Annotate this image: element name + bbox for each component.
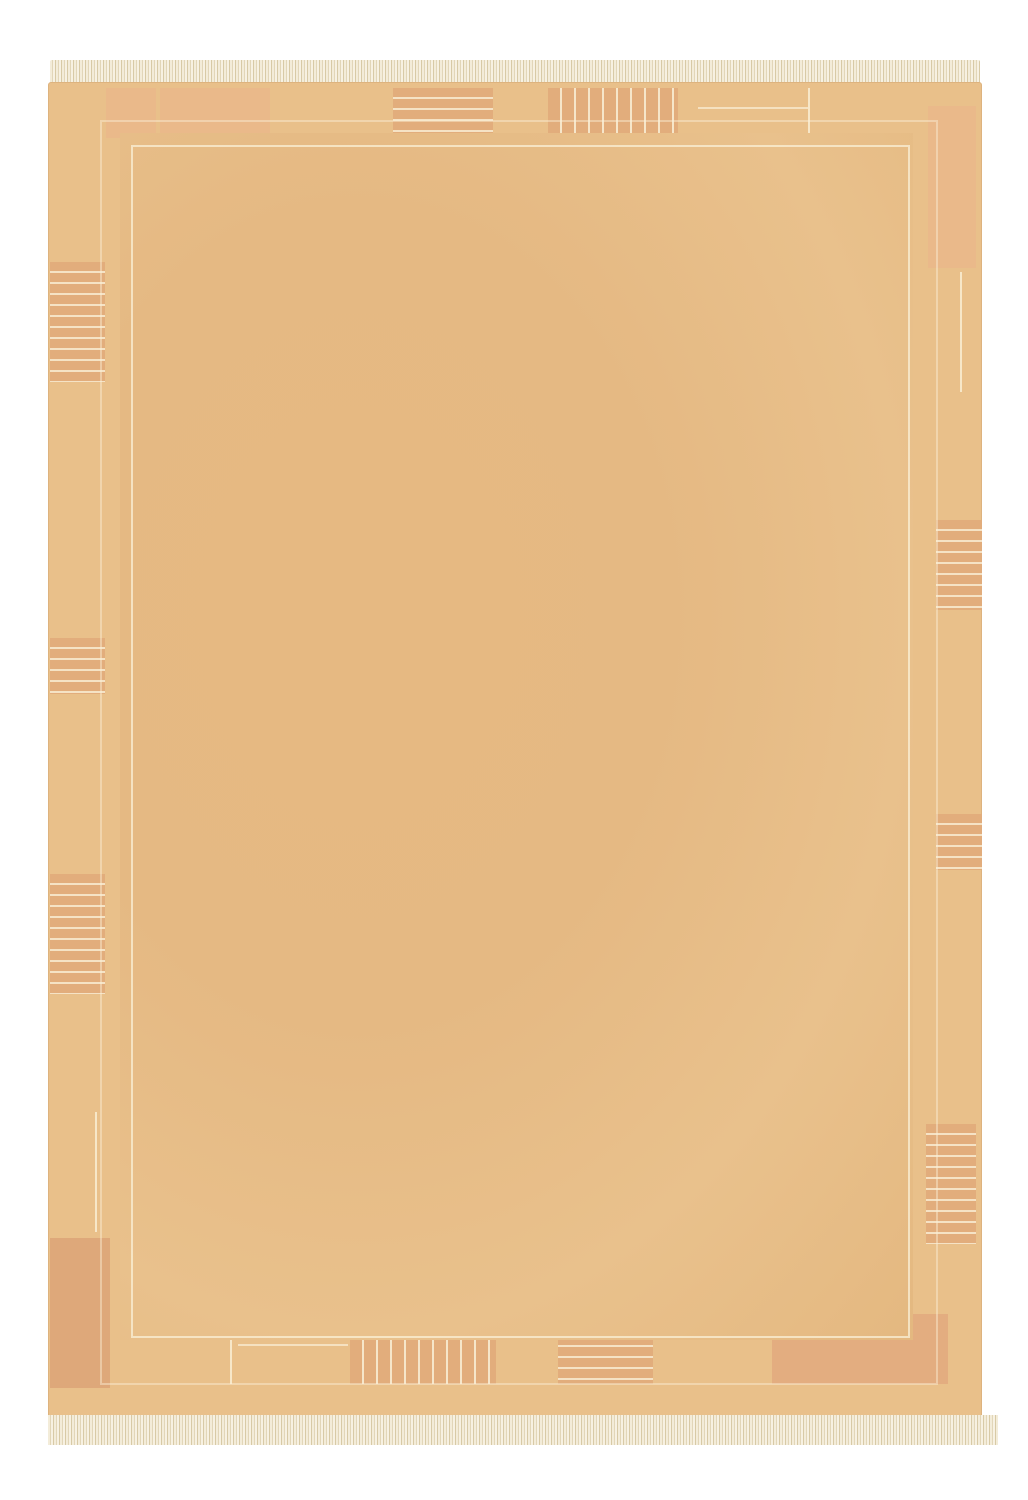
border-motif [50, 874, 105, 994]
bottom-fringe [48, 1415, 998, 1445]
border-line [95, 1112, 97, 1232]
border-motif [50, 638, 105, 694]
border-motif [936, 814, 982, 870]
border-motif [936, 520, 982, 610]
border-motif [50, 262, 105, 382]
border-line [960, 272, 962, 392]
field-outline [131, 145, 910, 1338]
border-line [698, 107, 808, 109]
